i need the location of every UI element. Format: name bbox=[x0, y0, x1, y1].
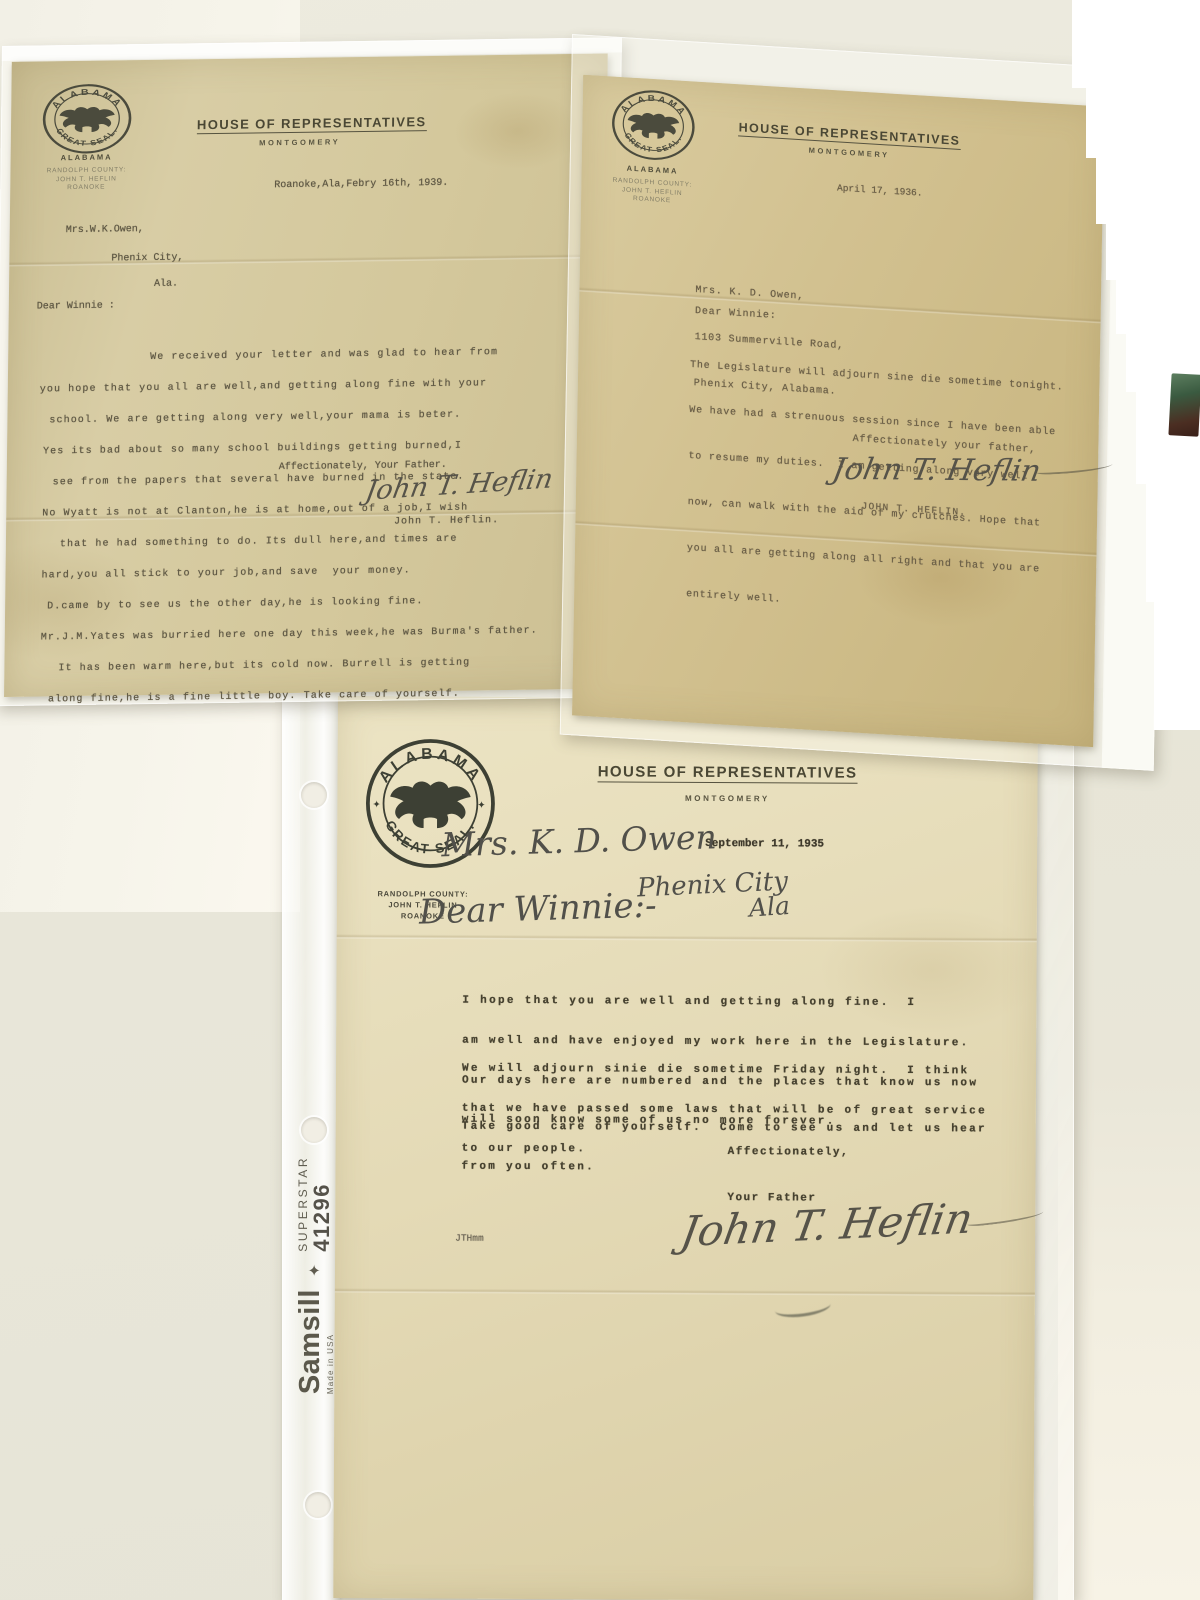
salutation: Dear Winnie : bbox=[37, 300, 115, 312]
body-text: We received your letter and was glad to … bbox=[30, 326, 542, 726]
samsill-logo: Samsill bbox=[296, 1289, 325, 1394]
star-icon: ✦ bbox=[372, 800, 380, 811]
letter-paper: ALABAMA GREAT SEAL. ALABAMA RANDOLPH COU… bbox=[572, 75, 1104, 747]
letter-september-1935: ALABAMA GREAT SEAL. ✦ ✦ RANDOLPH COUNTY:… bbox=[331, 694, 1042, 1600]
image-mask-step bbox=[1086, 88, 1200, 158]
svg-text:ALABAMA: ALABAMA bbox=[376, 745, 486, 786]
closing: Affectionately, bbox=[728, 1146, 850, 1159]
image-mask-step bbox=[1072, 0, 1200, 88]
addressee-line: Mrs.W.K.Owen, bbox=[66, 224, 144, 236]
image-mask-step bbox=[1146, 484, 1200, 602]
table-surface bbox=[1058, 688, 1200, 1600]
handwritten-addressee: Mrs. K. D. Owen bbox=[441, 817, 718, 864]
body-paragraph: Take good care of yourself. Come to see … bbox=[461, 1095, 987, 1203]
image-mask-step bbox=[1096, 158, 1200, 224]
seal-caption: ALABAMA bbox=[608, 162, 698, 177]
photograph-of-heflin-letters: Samsill Made in USA ✦ SUPERSTAR 41296 AL… bbox=[0, 0, 1200, 1600]
eagle-icon bbox=[59, 107, 114, 133]
image-mask-step bbox=[1116, 280, 1200, 334]
fold-crease bbox=[9, 254, 605, 267]
svg-text:GREAT SEAL.: GREAT SEAL. bbox=[54, 126, 120, 148]
image-mask-step bbox=[1154, 602, 1200, 730]
eagle-icon bbox=[627, 112, 679, 140]
seal-caption: ALABAMA bbox=[41, 152, 133, 162]
addressee-line: Phenix City, bbox=[111, 252, 183, 264]
superstar-series-label: SUPERSTAR bbox=[297, 1156, 310, 1252]
punch-hole bbox=[305, 1492, 331, 1518]
punch-hole bbox=[301, 782, 327, 808]
org-city: MONTGOMERY bbox=[197, 136, 403, 148]
org-city: MONTGOMERY bbox=[562, 793, 892, 804]
addressee-line: Ala. bbox=[154, 279, 178, 290]
county-block: RANDOLPH COUNTY: JOHN T. HEFLIN ROANOKE bbox=[597, 176, 707, 208]
closing: Affectionately, Your Father. bbox=[279, 460, 447, 473]
org-title: HOUSE OF REPRESENTATIVES bbox=[197, 114, 403, 134]
letter-april-1936: ALABAMA GREAT SEAL. ALABAMA RANDOLPH COU… bbox=[560, 34, 1166, 771]
letter-paper: ALABAMA GREAT SEAL. ALABAMA RANDOLPH COU… bbox=[4, 54, 608, 697]
ink-smudge bbox=[774, 1295, 832, 1320]
model-number: 41296 bbox=[310, 1183, 333, 1252]
dateline: Roanoke,Ala,Febry 16th, 1939. bbox=[274, 178, 448, 191]
star-icon: ✦ bbox=[305, 1264, 325, 1277]
body-text: The Legislature will adjourn sine die so… bbox=[685, 327, 1064, 656]
handwritten-signature: John T. Heflin bbox=[830, 452, 1114, 489]
image-mask-step bbox=[1106, 224, 1200, 280]
dark-object-at-edge bbox=[1168, 373, 1200, 436]
alabama-great-seal-icon: ALABAMA GREAT SEAL. bbox=[41, 82, 134, 155]
handwritten-state: Ala bbox=[748, 891, 791, 923]
svg-text:ALABAMA: ALABAMA bbox=[618, 92, 689, 118]
alabama-great-seal-icon: ALABAMA GREAT SEAL. bbox=[610, 86, 697, 163]
county-block: RANDOLPH COUNTY: JOHN T. HEFLIN ROANOKE bbox=[24, 166, 148, 193]
letter-february-1939: ALABAMA GREAT SEAL. ALABAMA RANDOLPH COU… bbox=[0, 37, 622, 706]
letter-paper: ALABAMA GREAT SEAL. ✦ ✦ RANDOLPH COUNTY:… bbox=[333, 696, 1038, 1600]
handwritten-salutation: Dear Winnie:- bbox=[418, 886, 657, 933]
eagle-icon bbox=[390, 781, 471, 828]
fold-crease bbox=[337, 934, 1037, 943]
star-icon: ✦ bbox=[477, 800, 485, 811]
fold-crease bbox=[335, 1288, 1035, 1297]
typist-initials: JTHmm bbox=[455, 1233, 484, 1244]
dateline: September 11, 1935 bbox=[705, 838, 824, 851]
typed-signature: John T. Heflin. bbox=[394, 515, 499, 527]
dateline: April 17, 1936. bbox=[837, 182, 923, 198]
org-title: HOUSE OF REPRESENTATIVES bbox=[563, 763, 893, 784]
